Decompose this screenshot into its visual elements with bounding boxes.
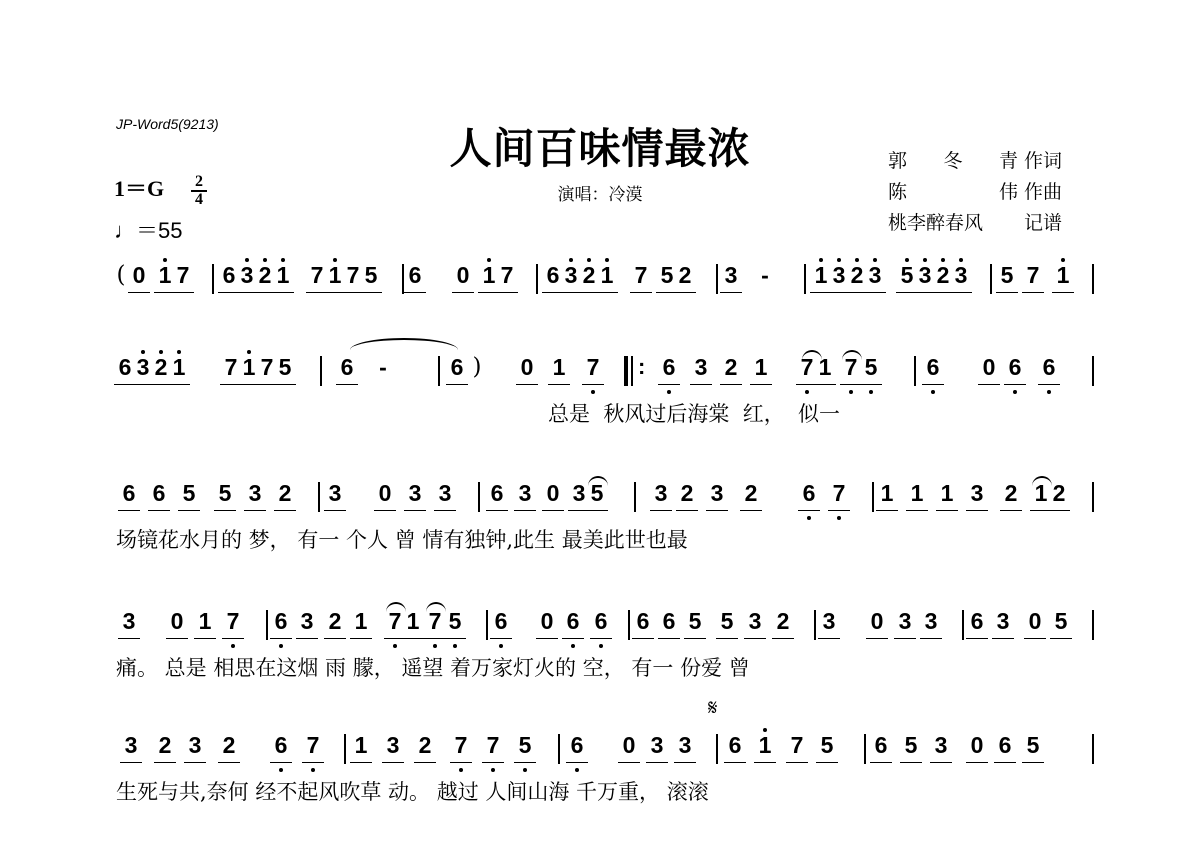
octave-down-dot: [1047, 390, 1051, 394]
octave-down-dot: [459, 768, 463, 772]
beam-underline: [818, 638, 840, 639]
note: 3: [384, 732, 402, 759]
note: 7: [174, 262, 192, 289]
beam-underline: [596, 292, 618, 293]
quarter-note-icon: ♩: [114, 218, 136, 243]
beam-underline: [424, 638, 446, 639]
barline: [212, 264, 214, 294]
octave-up-dot: [837, 258, 841, 262]
beam-underline: [302, 762, 324, 763]
octave-up-dot: [941, 258, 945, 262]
barline: [864, 734, 866, 764]
note: 6: [492, 608, 510, 635]
note: 5: [446, 608, 464, 635]
octave-down-dot: [279, 644, 283, 648]
note: 2: [220, 732, 238, 759]
beam-underline: [870, 762, 892, 763]
beam-underline: [1022, 292, 1044, 293]
note: 6: [406, 262, 424, 289]
note: 1: [756, 732, 774, 759]
beam-underline: [706, 510, 728, 511]
note: 7: [258, 354, 276, 381]
note: 6: [660, 608, 678, 635]
beam-underline: [244, 510, 266, 511]
octave-up-dot: [763, 728, 767, 732]
barline: [814, 610, 816, 640]
note: 1: [908, 480, 926, 507]
beam-underline: [966, 762, 988, 763]
note: 3: [968, 480, 986, 507]
note: 7: [830, 480, 848, 507]
beam-underline: [542, 510, 564, 511]
beam-underline: [650, 510, 672, 511]
note: 0: [518, 354, 536, 381]
note: 5: [898, 262, 916, 289]
note: 6: [996, 732, 1014, 759]
note: 2: [580, 262, 598, 289]
beam-underline: [404, 510, 426, 511]
beam-underline: [562, 638, 584, 639]
note: 0: [968, 732, 986, 759]
beam-underline: [966, 638, 988, 639]
slur-arc: [386, 602, 406, 612]
octave-down-dot: [591, 390, 595, 394]
beam-underline: [218, 762, 240, 763]
note: 7: [426, 608, 444, 635]
note: 5: [362, 262, 380, 289]
note: 1: [938, 480, 956, 507]
beam-underline: [814, 384, 836, 385]
repeat-thin-barline: [631, 356, 633, 386]
beam-underline: [482, 762, 504, 763]
note: 6: [272, 732, 290, 759]
note: 5: [516, 732, 534, 759]
beam-underline: [414, 762, 436, 763]
octave-down-dot: [575, 768, 579, 772]
beam-underline: [992, 638, 1014, 639]
note: 3: [676, 732, 694, 759]
note: 7: [304, 732, 322, 759]
note: 2: [326, 608, 344, 635]
note: 1: [598, 262, 616, 289]
note: 7: [222, 354, 240, 381]
barline: [266, 610, 268, 640]
octave-up-dot: [245, 258, 249, 262]
beam-underline: [324, 638, 346, 639]
note: 3: [830, 262, 848, 289]
octave-down-dot: [1013, 390, 1017, 394]
beam-underline: [154, 762, 176, 763]
parenthesis: (: [112, 262, 130, 288]
octave-down-dot: [931, 390, 935, 394]
beam-underline: [148, 510, 170, 511]
note: 3: [708, 480, 726, 507]
beam-underline: [118, 510, 140, 511]
octave-up-dot: [163, 258, 167, 262]
beam-underline: [214, 510, 236, 511]
note: 7: [224, 608, 242, 635]
octave-up-dot: [873, 258, 877, 262]
note: 2: [678, 480, 696, 507]
note: 6: [564, 608, 582, 635]
beam-underline: [1024, 638, 1046, 639]
octave-up-dot: [569, 258, 573, 262]
beam-underline: [724, 762, 746, 763]
beam-underline: [350, 762, 372, 763]
note: 5: [862, 354, 880, 381]
beam-underline: [1022, 762, 1044, 763]
barline: [716, 734, 718, 764]
barline: [1092, 610, 1094, 640]
beam-underline: [514, 510, 536, 511]
beam-underline: [1004, 384, 1026, 385]
barline: [1092, 356, 1094, 386]
beam-underline: [404, 292, 426, 293]
note: 6: [592, 608, 610, 635]
beam-underline: [590, 638, 612, 639]
beam-underline: [716, 638, 738, 639]
note: 2: [848, 262, 866, 289]
key-signature: 1＝G: [114, 172, 164, 203]
beam-underline: [270, 638, 292, 639]
note: 1: [480, 262, 498, 289]
beam-underline: [444, 638, 466, 639]
note: 6: [968, 608, 986, 635]
lyrics-line-2: 总是 秋风过后海棠 红， 似一: [548, 398, 840, 428]
barline: [486, 610, 488, 640]
octave-down-dot: [599, 644, 603, 648]
beam-underline: [930, 762, 952, 763]
beam-underline: [906, 510, 928, 511]
tempo-value: ＝55: [136, 218, 182, 243]
barline: [716, 264, 718, 294]
note: 3: [820, 608, 838, 635]
barline: [990, 264, 992, 294]
note: 3: [952, 262, 970, 289]
barline: [558, 734, 560, 764]
note: 3: [648, 732, 666, 759]
note: 2: [276, 480, 294, 507]
barline: [318, 482, 320, 512]
note: 7: [584, 354, 602, 381]
note: 3: [722, 262, 740, 289]
beam-underline: [336, 384, 358, 385]
beam-underline: [864, 292, 886, 293]
beam-underline: [452, 292, 474, 293]
note: 6: [872, 732, 890, 759]
note: 2: [156, 732, 174, 759]
beam-underline: [816, 762, 838, 763]
note: 0: [168, 608, 186, 635]
note: 7: [484, 732, 502, 759]
note: 1: [352, 732, 370, 759]
octave-down-dot: [523, 768, 527, 772]
note: 6: [488, 480, 506, 507]
note: 3: [994, 608, 1012, 635]
beam-underline: [350, 638, 372, 639]
note: 3: [246, 480, 264, 507]
beam-underline: [630, 292, 652, 293]
beam-underline: [950, 292, 972, 293]
note: 2: [1050, 480, 1068, 507]
beam-underline: [272, 292, 294, 293]
note: 7: [1024, 262, 1042, 289]
beam-underline: [646, 762, 668, 763]
beam-underline: [446, 384, 468, 385]
note: 7: [632, 262, 650, 289]
beam-underline: [566, 762, 588, 763]
octave-up-dot: [487, 258, 491, 262]
repeat-start-barline: [624, 356, 628, 386]
octave-up-dot: [959, 258, 963, 262]
beam-underline: [586, 510, 608, 511]
beam-underline: [740, 510, 762, 511]
note: 5: [216, 480, 234, 507]
note: 6: [272, 608, 290, 635]
beam-underline: [374, 510, 396, 511]
parenthesis: ): [468, 354, 486, 380]
beam-underline: [966, 510, 988, 511]
lyrics-line-5: 生死与共,奈何 经不起风吹草 动。 越过 人间山海 千万重， 滚滚: [116, 776, 709, 806]
octave-down-dot: [837, 516, 841, 520]
beam-underline: [486, 510, 508, 511]
beam-underline: [936, 510, 958, 511]
octave-down-dot: [393, 644, 397, 648]
time-signature: 2 4: [190, 174, 208, 208]
tempo-marking: ♩＝55: [114, 214, 182, 245]
note: 2: [774, 608, 792, 635]
octave-up-dot: [263, 258, 267, 262]
slur-arc: [1032, 476, 1052, 486]
note: 2: [934, 262, 952, 289]
note: 3: [516, 480, 534, 507]
octave-down-dot: [667, 390, 671, 394]
barline: [478, 482, 480, 512]
beam-underline: [772, 638, 794, 639]
note: 2: [256, 262, 274, 289]
octave-down-dot: [805, 390, 809, 394]
dash-extension: -: [374, 354, 392, 381]
note: 3: [122, 732, 140, 759]
note: 5: [998, 262, 1016, 289]
note: 6: [924, 354, 942, 381]
credit-transcriber: 桃李醉春风 记谱: [888, 208, 1062, 239]
note: 3: [436, 480, 454, 507]
note: 6: [568, 732, 586, 759]
time-signature-bottom: 4: [190, 192, 208, 208]
note: 0: [454, 262, 472, 289]
note: 1: [326, 262, 344, 289]
beam-underline: [750, 384, 772, 385]
beam-underline: [490, 638, 512, 639]
octave-down-dot: [499, 644, 503, 648]
score-line-1: (01763217175601763217523-13235323571: [112, 262, 1092, 342]
octave-up-dot: [333, 258, 337, 262]
beam-underline: [674, 762, 696, 763]
note: 0: [620, 732, 638, 759]
octave-up-dot: [247, 350, 251, 354]
barline: [344, 734, 346, 764]
beam-underline: [1048, 510, 1070, 511]
beam-underline: [178, 510, 200, 511]
note: 0: [544, 480, 562, 507]
barline: [804, 264, 806, 294]
slur-arc: [426, 602, 446, 612]
note: 3: [186, 732, 204, 759]
note: 2: [722, 354, 740, 381]
octave-down-dot: [453, 644, 457, 648]
beam-underline: [1038, 384, 1060, 385]
note: 0: [376, 480, 394, 507]
note: 5: [180, 480, 198, 507]
note: 0: [130, 262, 148, 289]
beam-underline: [194, 638, 216, 639]
beam-underline: [324, 510, 346, 511]
beam-underline: [828, 510, 850, 511]
note: 7: [386, 608, 404, 635]
credit-composer: 陈伟 作曲: [888, 177, 1062, 208]
note: 3: [326, 480, 344, 507]
note: 5: [658, 262, 676, 289]
beam-underline: [120, 762, 142, 763]
note: 6: [120, 480, 138, 507]
beam-underline: [720, 384, 742, 385]
beam-underline: [548, 384, 570, 385]
octave-up-dot: [605, 258, 609, 262]
beam-underline: [900, 762, 922, 763]
note: 1: [156, 262, 174, 289]
beam-underline: [894, 638, 916, 639]
octave-down-dot: [231, 644, 235, 648]
note: 3: [238, 262, 256, 289]
barline: [438, 356, 440, 386]
beam-underline: [922, 384, 944, 385]
slur-arc: [588, 476, 608, 486]
beam-underline: [618, 762, 640, 763]
note: 3: [692, 354, 710, 381]
octave-up-dot: [855, 258, 859, 262]
note: 1: [550, 354, 568, 381]
beam-underline: [674, 292, 696, 293]
note: 1: [240, 354, 258, 381]
note: 1: [812, 262, 830, 289]
octave-up-dot: [1061, 258, 1065, 262]
barline: [962, 610, 964, 640]
note: 1: [352, 608, 370, 635]
note: 7: [788, 732, 806, 759]
beam-underline: [360, 292, 382, 293]
octave-up-dot: [819, 258, 823, 262]
beam-underline: [270, 762, 292, 763]
barline: [402, 264, 404, 294]
barline: [320, 356, 322, 386]
note: 0: [1026, 608, 1044, 635]
beam-underline: [172, 292, 194, 293]
beam-underline: [582, 384, 604, 385]
note: 3: [652, 480, 670, 507]
note: 6: [1040, 354, 1058, 381]
octave-up-dot: [587, 258, 591, 262]
note: 1: [878, 480, 896, 507]
note: 1: [1054, 262, 1072, 289]
barline: [1092, 734, 1094, 764]
beam-underline: [876, 510, 898, 511]
beam-underline: [222, 638, 244, 639]
octave-up-dot: [177, 350, 181, 354]
note: 3: [866, 262, 884, 289]
octave-up-dot: [141, 350, 145, 354]
beam-underline: [450, 762, 472, 763]
note: 2: [416, 732, 434, 759]
note: 5: [818, 732, 836, 759]
note: 6: [116, 354, 134, 381]
beam-underline: [632, 638, 654, 639]
note: 2: [152, 354, 170, 381]
octave-down-dot: [311, 768, 315, 772]
beam-underline: [184, 762, 206, 763]
note: 0: [538, 608, 556, 635]
beam-underline: [658, 384, 680, 385]
repeat-dots: :: [638, 354, 645, 380]
beam-underline: [798, 510, 820, 511]
note: 2: [1002, 480, 1020, 507]
octave-up-dot: [923, 258, 927, 262]
time-signature-top: 2: [190, 174, 208, 190]
note: 5: [718, 608, 736, 635]
beam-underline: [658, 638, 680, 639]
beam-underline: [996, 292, 1018, 293]
note: 7: [498, 262, 516, 289]
note: 6: [634, 608, 652, 635]
beam-underline: [994, 762, 1016, 763]
octave-down-dot: [279, 768, 283, 772]
note: 5: [1052, 608, 1070, 635]
note: 6: [800, 480, 818, 507]
note: 1: [752, 354, 770, 381]
octave-up-dot: [159, 350, 163, 354]
note: 1: [196, 608, 214, 635]
note: 2: [676, 262, 694, 289]
note: 5: [276, 354, 294, 381]
beam-underline: [676, 510, 698, 511]
beam-underline: [118, 638, 140, 639]
note: 3: [746, 608, 764, 635]
barline: [536, 264, 538, 294]
beam-underline: [296, 638, 318, 639]
note: 0: [980, 354, 998, 381]
note: 2: [742, 480, 760, 507]
note: 6: [1006, 354, 1024, 381]
credit-lyricist: 郭冬青 作词: [888, 146, 1062, 177]
octave-down-dot: [433, 644, 437, 648]
note: 5: [1024, 732, 1042, 759]
note: 3: [896, 608, 914, 635]
note: 7: [308, 262, 326, 289]
note: 3: [932, 732, 950, 759]
segno-icon: 𝄋: [708, 696, 717, 721]
beam-underline: [1052, 292, 1074, 293]
beam-underline: [690, 384, 712, 385]
credits-block: 郭冬青 作词 陈伟 作曲 桃李醉春风 记谱: [888, 146, 1062, 239]
note: 3: [298, 608, 316, 635]
beam-underline: [1000, 510, 1022, 511]
beam-underline: [754, 762, 776, 763]
octave-down-dot: [491, 768, 495, 772]
note: 3: [916, 262, 934, 289]
note: 6: [660, 354, 678, 381]
beam-underline: [516, 384, 538, 385]
octave-up-dot: [905, 258, 909, 262]
